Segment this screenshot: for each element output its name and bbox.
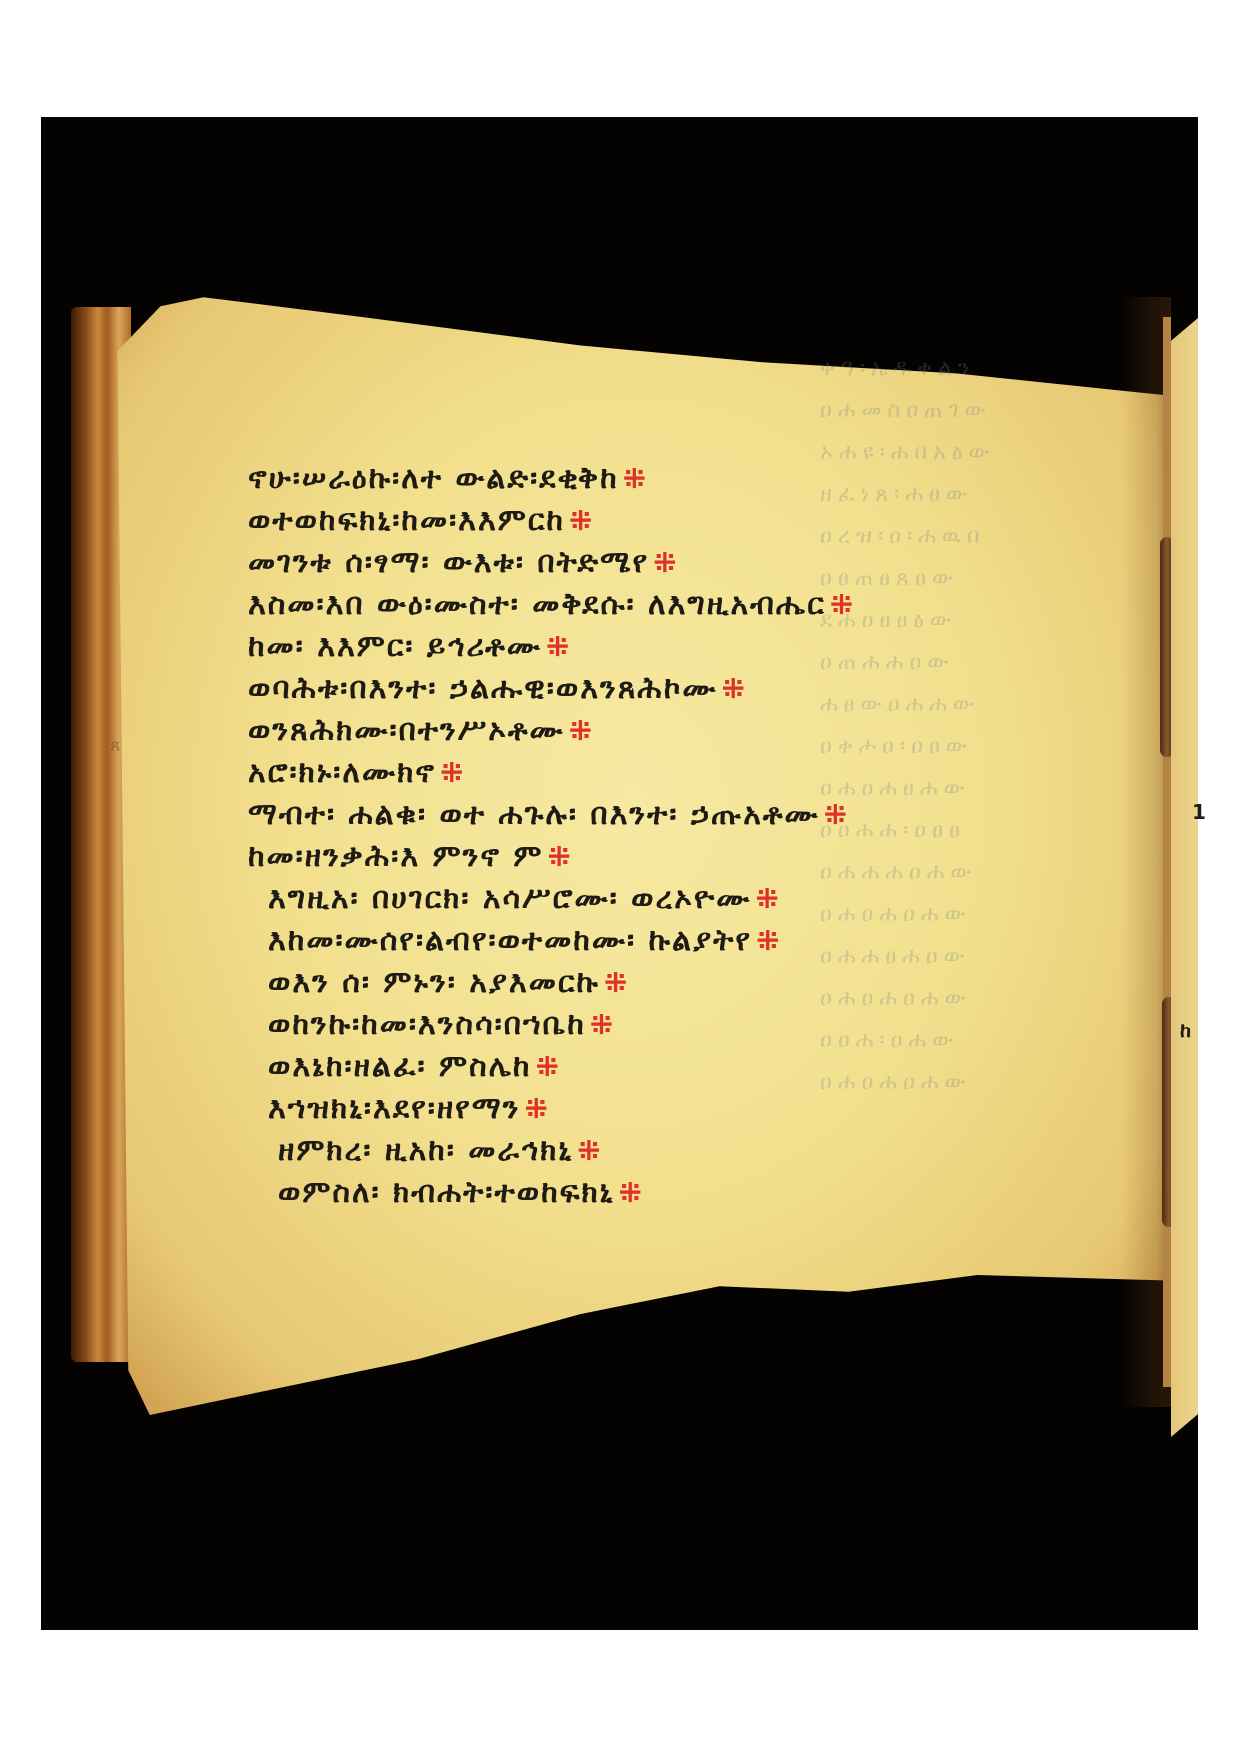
text-line: ወንጸሕክሙ፡በተንሥኦቶሙ⁜ [248,710,855,752]
right-page-fragment: 1 [1192,800,1206,824]
right-page-fragment: ከ [1180,1018,1191,1042]
red-cross-ornament-icon: ⁜ [569,504,594,537]
text-line: ወእኔከ፡ዘልፈ፡ ምስሌከ⁜ [248,1046,855,1088]
red-cross-ornament-icon: ⁜ [653,546,678,579]
bleed-row: ቀዓ፡ኤዱቀልን [820,348,1050,390]
text-line: ማብተ፡ ሐልቁ፡ ወተ ሐጉሉ፡ በእንተ፡ ኃጡአቶሙ⁜ [248,794,855,836]
right-page-edge [1171,307,1198,1437]
red-cross-ornament-icon: ⁜ [440,756,465,789]
text-line: አሮ፡ክኑ፡ለሙክኖ⁜ [248,752,855,794]
red-cross-ornament-icon: ⁜ [604,966,629,999]
red-cross-ornament-icon: ⁜ [619,1176,644,1209]
text-line: ከመ፡ እእምር፡ ይኅሪቶሙ⁜ [248,626,855,668]
manuscript-text: ኖሁ፡ሠራዕኩ፡ለተ ውልድ፡ደቂቅከ⁜ ወተወከፍክኒ፡ከመ፡እእምርከ⁜ መ… [248,458,855,1214]
text-line: ወከንኩ፡ከመ፡እንስሳ፡በኀቤከ⁜ [248,1004,855,1046]
red-cross-ornament-icon: ⁜ [830,588,855,621]
red-cross-ornament-icon: ⁜ [756,924,781,957]
red-cross-ornament-icon: ⁜ [824,798,849,831]
text-line: እኀዝክኒ፡እደየ፡ዘየማን⁜ [248,1088,855,1130]
red-cross-ornament-icon: ⁜ [577,1134,602,1167]
text-line: ወባሕቱ፡በእንተ፡ ኃልሑዊ፡ወእንጸሕኮሙ⁜ [248,668,855,710]
text-line: ወእን ሰ፡ ምኑን፡ አያእመርኩ⁜ [248,962,855,1004]
red-cross-ornament-icon: ⁜ [623,462,648,495]
red-cross-ornament-icon: ⁜ [755,882,780,915]
text-line: ወምስለ፡ ክብሐት፡ተወከፍክኒ⁜ [248,1172,855,1214]
red-cross-ornament-icon: ⁜ [524,1092,549,1125]
text-line: እስመ፡እበ ውዕ፡ሙስተ፡ መቅደሱ፡ ለእግዚአብሔር⁜ [248,584,855,626]
red-cross-ornament-icon: ⁜ [569,714,594,747]
text-line: እከመ፡ሙሰየ፡ልብየ፡ወተመከሙ፡ ኩልያትየ⁜ [248,920,855,962]
text-line: ኖሁ፡ሠራዕኩ፡ለተ ውልድ፡ደቂቅከ⁜ [248,458,855,500]
text-line: ዘምክረ፡ ዚአከ፡ መራኅክኒ⁜ [248,1130,855,1172]
red-cross-ornament-icon: ⁜ [535,1050,560,1083]
red-cross-ornament-icon: ⁜ [546,630,571,663]
red-cross-ornament-icon: ⁜ [722,672,747,705]
bleed-row: ዐሐመስዐጠገው [820,390,1050,432]
text-line: ከመ፡ዘንቃሕ፡እ ምንኖ ም⁜ [248,836,855,878]
text-line: ወተወከፍክኒ፡ከመ፡እእምርከ⁜ [248,500,855,542]
text-line: መገንቱ ሰ፡ፃማ፡ ውእቱ፡ በትድሜየ⁜ [248,542,855,584]
text-line: እግዚአ፡ በሀገርክ፡ አሳሥሮሙ፡ ወረኦዮሙ⁜ [248,878,855,920]
red-cross-ornament-icon: ⁜ [547,840,572,873]
red-cross-ornament-icon: ⁜ [590,1008,615,1041]
margin-stain-note: ጸ [110,735,121,756]
